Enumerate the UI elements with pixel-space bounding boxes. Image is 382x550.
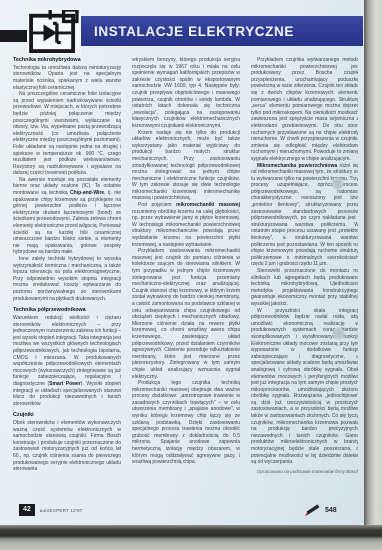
page-title: INSTALACJE ELEKTRYCZNE [81,24,294,39]
article-paragraph: Produkcja tego czujnika techniką mikrome… [132,380,240,466]
article-heading: Czujniki [13,412,121,419]
article-credit: Opracowano na podstawie materiałów firmy… [251,469,358,476]
article-column-1: Technika mikrohybrydowaTechnologia ta um… [13,57,121,501]
article-paragraph: Pod pojęciem mikromechaniki masowej rozu… [132,202,240,248]
section-logo [27,9,81,54]
article-paragraph: Inne zalety techniki hybrydowej to wysok… [13,256,121,302]
pencil-icon [305,504,321,516]
magazine-page: INSTALACJE ELEKTRYCZNE Technika mikrohyb… [0,0,364,525]
footer-right: 548 [305,502,337,518]
article-paragraph: Sterowniki przeznaczone do montażu na si… [251,268,358,308]
article-paragraph: Przykładem zastosowania mikromechaniki m… [132,248,240,380]
article-column-2: wtryskiem benzyny, którego produkcja ser… [132,57,240,501]
article-heading: Technika półprzewodnikowa [13,307,121,314]
magazine-issue-label: autoEXPERT 12'97 [40,508,83,513]
scan-edge-bottom [0,525,382,550]
section-title-bar: INSTALACJE ELEKTRYCZNE [81,16,363,46]
page-number-badge: 42 [19,504,35,516]
article-column-3: Przykładem czujnika wytwarzanego metodą … [251,57,358,501]
article-paragraph: Technologia ta umożliwia dalszą miniatur… [13,65,121,91]
article-paragraph: Na poszczególne ceramiczne folie izolacy… [13,91,121,177]
article-paragraph: Krzem nadaje się nie tylko do produkcji … [132,130,240,203]
article-paragraph: Warunkiem redukcji wielkości i ciężaru s… [13,315,121,407]
diode-circuit-icon [29,10,79,53]
footer-left: 42 autoEXPERT 12'97 [19,503,83,517]
reader-service-number: 548 [325,507,337,514]
article-paragraph: Przykładem czujnika wytwarzanego metodą … [251,57,358,163]
scan-edge-right [364,0,382,550]
scan-artifact-dot [332,327,345,340]
article-paragraph: wtryskiem benzyny, którego produkcja ser… [132,57,240,130]
article-columns: Technika mikrohybrydowaTechnologia ta um… [13,57,358,501]
article-paragraph: Na awersie montuje się pozostałe element… [13,177,121,256]
article-paragraph: Obok sterowników i elementów wykonawczyc… [13,420,121,473]
article-heading: Technika mikrohybrydowa [13,57,121,64]
scan-artifact-dot [331,177,344,190]
